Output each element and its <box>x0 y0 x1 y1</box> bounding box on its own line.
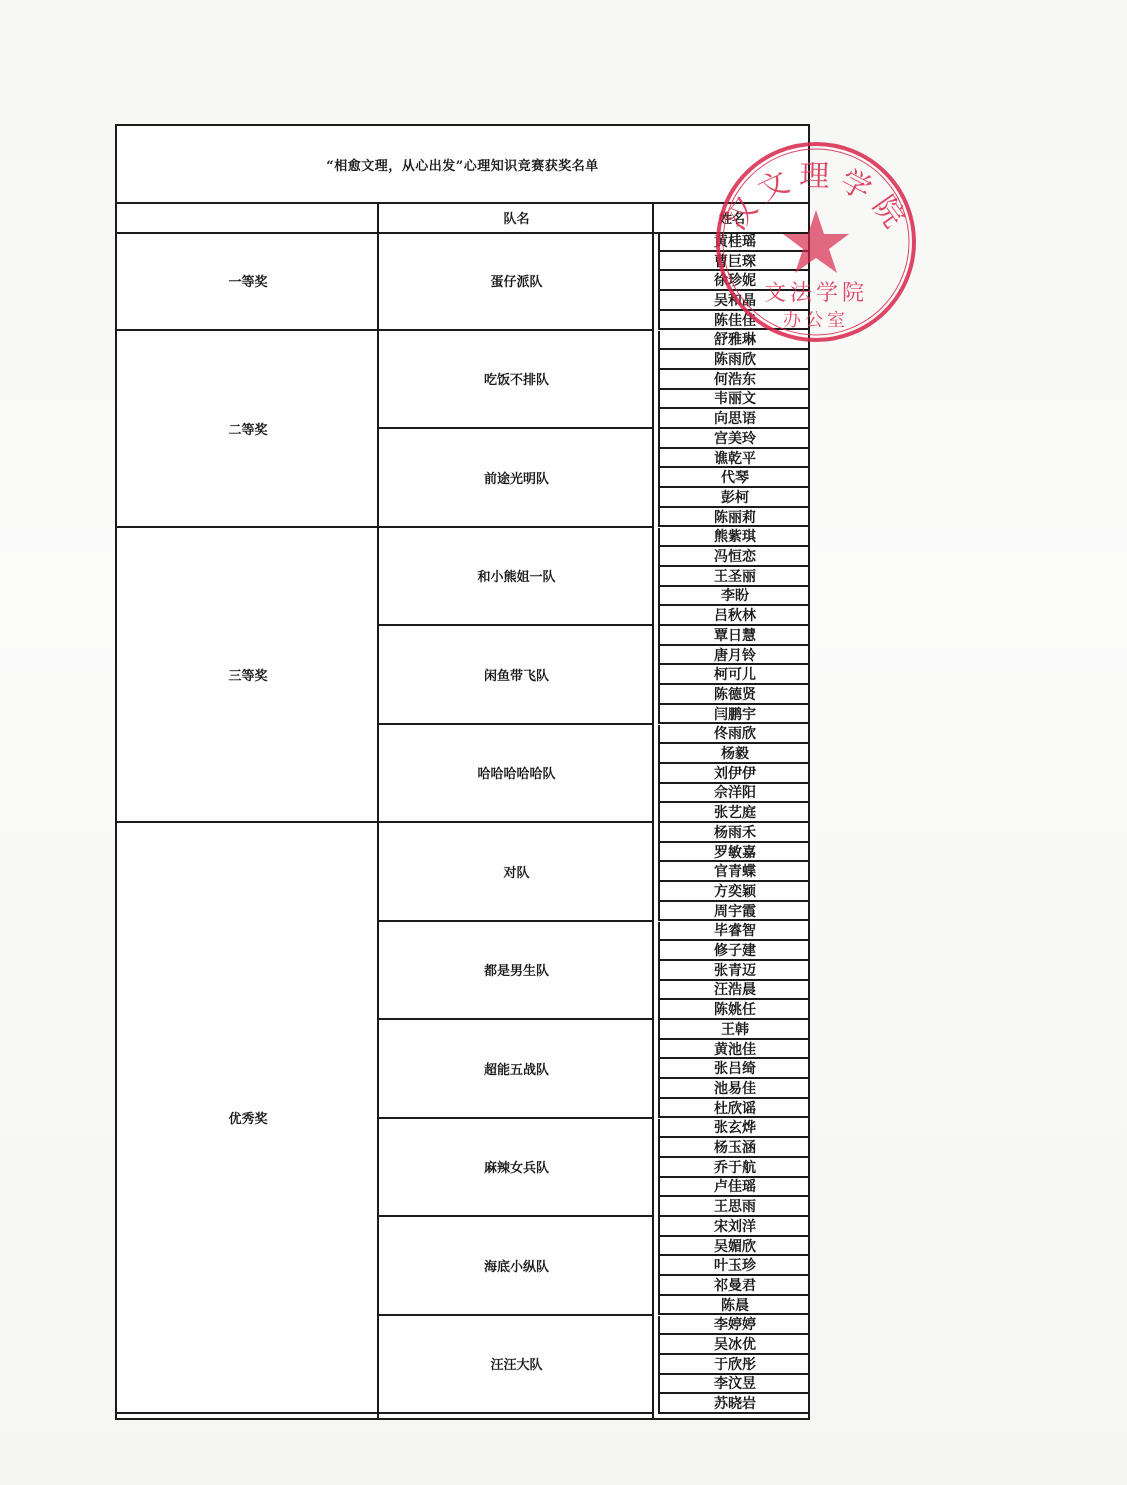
team-name: 汪汪大队 <box>379 1316 654 1415</box>
member-name: 代琴 <box>658 468 810 488</box>
member-name: 祁曼君 <box>658 1276 810 1296</box>
scanned-page: “相愈文理，从心出发”心理知识竞赛获奖名单 队名 姓名 黄桂瑶曹巨琛徐珍妮吴和晶… <box>0 0 1127 1485</box>
team-name: 哈哈哈哈哈队 <box>379 725 654 824</box>
member-name: 卢佳瑶 <box>658 1178 810 1198</box>
team-name: 和小熊姐一队 <box>379 528 654 627</box>
member-name: 宫美玲 <box>658 429 810 449</box>
member-name: 修子建 <box>658 941 810 961</box>
member-name: 熊紫琪 <box>658 528 810 548</box>
member-name: 陈佳佳 <box>658 311 810 331</box>
member-name: 杨玉涵 <box>658 1138 810 1158</box>
member-name: 方奕颖 <box>658 882 810 902</box>
award-level: 三等奖 <box>117 528 379 824</box>
team-name: 蛋仔派队 <box>379 232 654 331</box>
member-name: 徐珍妮 <box>658 271 810 291</box>
member-name: 吴和晶 <box>658 291 810 311</box>
member-name: 杜欣谣 <box>658 1099 810 1119</box>
member-name: 张青迈 <box>658 961 810 981</box>
team-name: 海底小纵队 <box>379 1217 654 1316</box>
team-name: 吃饭不排队 <box>379 331 654 430</box>
member-name: 黄池佳 <box>658 1040 810 1060</box>
document-title: “相愈文理，从心出发”心理知识竞赛获奖名单 <box>117 126 808 204</box>
member-name: 陈姚任 <box>658 1000 810 1020</box>
member-name: 李盼 <box>658 587 810 607</box>
team-name: 对队 <box>379 823 654 922</box>
member-name: 黄桂瑶 <box>658 232 810 252</box>
award-level: 优秀奖 <box>117 823 379 1414</box>
member-name: 杨雨禾 <box>658 823 810 843</box>
member-name: 柯可儿 <box>658 665 810 685</box>
member-name: 池易佳 <box>658 1079 810 1099</box>
member-name: 张吕绮 <box>658 1059 810 1079</box>
member-name: 李汶昱 <box>658 1375 810 1395</box>
team-name: 都是男生队 <box>379 922 654 1021</box>
team-name: 超能五战队 <box>379 1020 654 1119</box>
member-name: 杨毅 <box>658 744 810 764</box>
team-name: 麻辣女兵队 <box>379 1119 654 1218</box>
table-header-row: 队名 姓名 <box>117 202 808 234</box>
award-level: 一等奖 <box>117 232 379 331</box>
member-name: 陈晨 <box>658 1296 810 1316</box>
team-name: 闲鱼带飞队 <box>379 626 654 725</box>
member-name: 韦丽文 <box>658 390 810 410</box>
header-team: 队名 <box>379 202 654 232</box>
member-name: 何浩东 <box>658 370 810 390</box>
member-name: 佟雨欣 <box>658 725 810 745</box>
member-name: 周宇霞 <box>658 902 810 922</box>
member-name: 刘伊伊 <box>658 764 810 784</box>
award-table: “相愈文理，从心出发”心理知识竞赛获奖名单 队名 姓名 黄桂瑶曹巨琛徐珍妮吴和晶… <box>115 124 810 1420</box>
member-name: 陈丽莉 <box>658 508 810 528</box>
member-name: 舒雅琳 <box>658 331 810 351</box>
member-name: 陈德贤 <box>658 685 810 705</box>
member-name: 乔于航 <box>658 1158 810 1178</box>
member-name: 吴媚欣 <box>658 1237 810 1257</box>
member-name: 陈雨欣 <box>658 350 810 370</box>
member-name: 向思语 <box>658 409 810 429</box>
member-name: 佘洋阳 <box>658 784 810 804</box>
member-name: 苏晓岩 <box>658 1394 810 1414</box>
award-level: 二等奖 <box>117 331 379 528</box>
member-name: 谯乾平 <box>658 449 810 469</box>
member-name: 宋刘洋 <box>658 1217 810 1237</box>
member-name: 王圣丽 <box>658 567 810 587</box>
team-name: 前途光明队 <box>379 429 654 528</box>
member-name: 曹巨琛 <box>658 252 810 272</box>
member-name: 张玄烨 <box>658 1119 810 1139</box>
member-name: 彭柯 <box>658 488 810 508</box>
member-name: 毕睿智 <box>658 922 810 942</box>
member-name: 罗敏嘉 <box>658 843 810 863</box>
member-name: 唐月铃 <box>658 646 810 666</box>
member-name: 叶玉珍 <box>658 1256 810 1276</box>
member-name: 吕秋林 <box>658 606 810 626</box>
member-name: 王韩 <box>658 1020 810 1040</box>
member-name: 王思雨 <box>658 1197 810 1217</box>
member-name: 于欣彤 <box>658 1355 810 1375</box>
header-name: 姓名 <box>654 202 810 232</box>
member-name: 官青蝶 <box>658 862 810 882</box>
member-name: 冯恒恋 <box>658 547 810 567</box>
member-name: 李婷婷 <box>658 1316 810 1336</box>
member-name: 汪浩晨 <box>658 981 810 1001</box>
member-name: 闫鹏宇 <box>658 705 810 725</box>
member-name: 覃日慧 <box>658 626 810 646</box>
member-name: 吴冰优 <box>658 1335 810 1355</box>
member-name: 张艺庭 <box>658 803 810 823</box>
